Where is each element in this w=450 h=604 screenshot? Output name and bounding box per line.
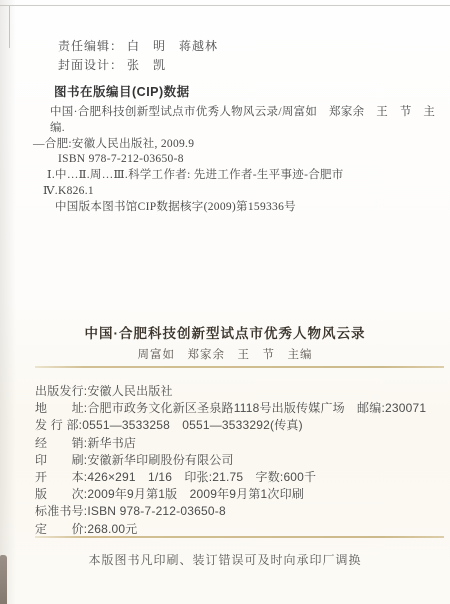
divider-rule-top [35, 366, 444, 368]
colophon-retail-line: 经 销:新华书店 [35, 435, 442, 452]
colophon-edition-line: 版 次:2009年9月第1版 2009年9月第1次印刷 [35, 486, 442, 503]
cover-design-line: 封面设计： 张 凯 [58, 56, 218, 75]
responsible-editor-line: 责任编辑： 白 明 蒋越林 [58, 37, 218, 56]
cip-record-number: 中国版本图书馆CIP数据核字(2009)第159336号 [33, 200, 440, 216]
cip-line: —合肥:安徽人民出版社, 2009.9 [33, 137, 440, 153]
cip-line-class-number: Ⅳ.K826.1 [33, 184, 440, 200]
reprint-notice: 本版图书凡印刷、装订错误可及时向承印厂调换 [0, 551, 450, 568]
colophon-format-line: 开 本:426×291 1/16 印张:21.75 字数:600千 [35, 469, 442, 486]
colophon-block: 出版发行:安徽人民出版社 地 址:合肥市政务文化新区圣泉路1118号出版传媒广场… [35, 383, 442, 538]
cip-heading: 图书在版编目(CIP)数据 [54, 82, 190, 100]
colophon-distribution-line: 发 行 部:0551—3533258 0551—3533292(传真) [35, 417, 442, 434]
cip-line-classification: Ⅰ.中…Ⅱ.周…Ⅲ.科学工作者: 先进工作者-生平事迹-合肥市 [33, 168, 440, 184]
cip-line: 中国·合肥科技创新型试点市优秀人物风云录/周富如 郑家余 王 节 主编. [33, 105, 440, 137]
book-copyright-page: 责任编辑： 白 明 蒋越林 封面设计： 张 凯 图书在版编目(CIP)数据 中国… [0, 0, 450, 604]
divider-rule-bottom [35, 536, 444, 538]
book-editors: 周富如 郑家余 王 节 主编 [0, 346, 450, 362]
colophon-isbn-line: 标准书号:ISBN 978-7-212-03650-8 [35, 503, 442, 520]
spine-shadow-mark [9, 6, 10, 48]
cip-line-isbn: ISBN 978-7-212-03650-8 [33, 152, 440, 168]
book-title: 中国·合肥科技创新型试点市优秀人物风云录 [0, 322, 450, 342]
colophon-address-line: 地 址:合肥市政务文化新区圣泉路1118号出版传媒广场 邮编:230071 [35, 400, 442, 417]
page-edge-shadow [0, 0, 16, 604]
colophon-printer-line: 印 刷:安徽新华印刷股份有限公司 [35, 452, 442, 469]
colophon-publisher-line: 出版发行:安徽人民出版社 [35, 383, 442, 400]
scan-top-edge [0, 5, 450, 6]
prelim-credits: 责任编辑： 白 明 蒋越林 封面设计： 张 凯 [58, 37, 218, 75]
cip-block: 中国·合肥科技创新型试点市优秀人物风云录/周富如 郑家余 王 节 主编. —合肥… [33, 105, 440, 216]
